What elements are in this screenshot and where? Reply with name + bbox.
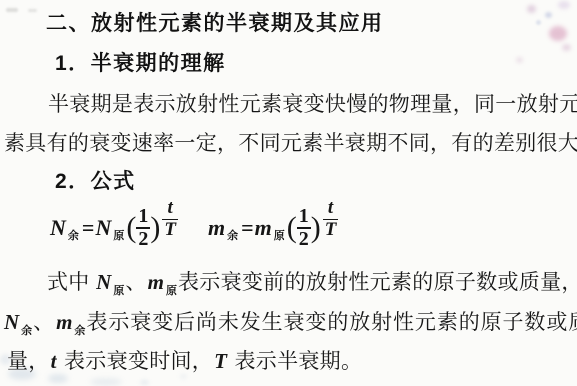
fraction-denominator: 2 bbox=[297, 227, 311, 249]
math-variable: m bbox=[208, 215, 225, 241]
exponent-denominator: T bbox=[323, 219, 339, 239]
math-subscript: 原 bbox=[113, 285, 124, 297]
paragraph-2-line-1: 式中 N原、m原表示衰变前的放射性元素的原子数或质量， bbox=[47, 266, 577, 298]
scan-artifact-bottom-left-speck bbox=[48, 374, 68, 383]
math-subscript: 原 bbox=[274, 227, 285, 243]
math-variable: m bbox=[148, 270, 164, 294]
text-run: 、 bbox=[33, 310, 55, 334]
exponent-t-over-T: tT bbox=[323, 199, 339, 238]
scan-artifact-top-right-speck bbox=[536, 20, 541, 25]
text-run: 量， bbox=[7, 349, 50, 373]
text-run: 表示衰变前的放射性元素的原子数或质量， bbox=[178, 270, 577, 294]
equals-sign: = bbox=[82, 215, 95, 241]
text-run: 表示半衰期。 bbox=[229, 349, 362, 373]
math-subscript: 原 bbox=[166, 285, 177, 297]
exponent-numerator: t bbox=[165, 199, 174, 218]
formula-N-remaining: N余=N原(12)tT bbox=[50, 207, 178, 249]
scan-artifact-top-left-dash bbox=[28, 9, 37, 12]
paragraph-2-line-2: N余、m余表示衰变后尚未发生衰变的放射性元素的原子数或质 bbox=[3, 306, 577, 338]
section-title: 二、放射性元素的半衰期及其应用 bbox=[46, 7, 384, 37]
textbook-page: 二、放射性元素的半衰期及其应用 1．半衰期的理解 半衰期是表示放射性元素衰变快慢… bbox=[0, 0, 577, 386]
math-variable: t bbox=[51, 349, 57, 373]
scan-artifact-bottom-left-speck bbox=[140, 380, 149, 385]
close-paren: ) bbox=[150, 213, 160, 243]
math-subscript: 余 bbox=[21, 325, 32, 337]
text-run: 式中 bbox=[47, 270, 95, 294]
exponent-numerator: t bbox=[326, 199, 335, 218]
text-run: 表示衰变后尚未发生衰变的放射性元素的原子数或质 bbox=[86, 310, 577, 334]
fraction-one-half: 12 bbox=[136, 207, 150, 249]
scan-artifact-top-right-speck bbox=[516, 57, 523, 63]
text-run: 、 bbox=[125, 270, 146, 294]
math-subscript: 余 bbox=[227, 227, 238, 243]
scan-artifact-bottom-left-speck bbox=[90, 378, 122, 386]
exponent-denominator: T bbox=[162, 219, 178, 239]
fraction-one-half: 12 bbox=[297, 207, 311, 249]
close-paren: ) bbox=[311, 213, 321, 243]
math-variable: m bbox=[56, 310, 72, 334]
scan-artifact-top-right-speck bbox=[558, 1, 570, 9]
formula-m-remaining: m余=m原(12)tT bbox=[208, 207, 338, 249]
scan-artifact-top-right-speck bbox=[549, 26, 567, 41]
math-variable: N bbox=[4, 310, 19, 334]
fraction-numerator: 1 bbox=[136, 207, 150, 227]
math-variable: N bbox=[95, 215, 111, 241]
scan-artifact-top-right-speck bbox=[562, 44, 571, 51]
paragraph-1-line-1: 半衰期是表示放射性元素衰变快慢的物理量，同一放射元 bbox=[48, 88, 577, 118]
subheading-formula: 2．公式 bbox=[55, 165, 136, 195]
scan-artifact-top-left-dash bbox=[6, 8, 18, 12]
math-subscript: 原 bbox=[113, 227, 124, 243]
math-subscript: 余 bbox=[74, 325, 85, 337]
open-paren: ( bbox=[287, 213, 297, 243]
equals-sign: = bbox=[241, 215, 254, 241]
math-variable: N bbox=[96, 270, 111, 294]
scan-artifact-top-right-speck bbox=[527, 5, 536, 13]
open-paren: ( bbox=[126, 213, 136, 243]
scan-artifact-top-right-speck bbox=[545, 12, 552, 18]
subheading-half-life-understanding: 1．半衰期的理解 bbox=[55, 47, 226, 77]
math-subscript: 余 bbox=[68, 227, 79, 243]
math-variable: m bbox=[255, 215, 272, 241]
math-variable: T bbox=[214, 349, 227, 373]
text-run: 表示衰变时间， bbox=[58, 349, 213, 373]
fraction-denominator: 2 bbox=[136, 227, 150, 249]
half-life-formulas: N余=N原(12)tT m余=m原(12)tT bbox=[50, 200, 338, 256]
paragraph-2-line-3: 量，t 表示衰变时间，T 表示半衰期。 bbox=[7, 345, 362, 375]
paragraph-1-line-2: 素具有的衰变速率一定，不同元素半衰期不同，有的差别很大。 bbox=[4, 127, 577, 157]
math-variable: N bbox=[50, 215, 66, 241]
exponent-t-over-T: tT bbox=[162, 199, 178, 238]
fraction-numerator: 1 bbox=[297, 207, 311, 227]
